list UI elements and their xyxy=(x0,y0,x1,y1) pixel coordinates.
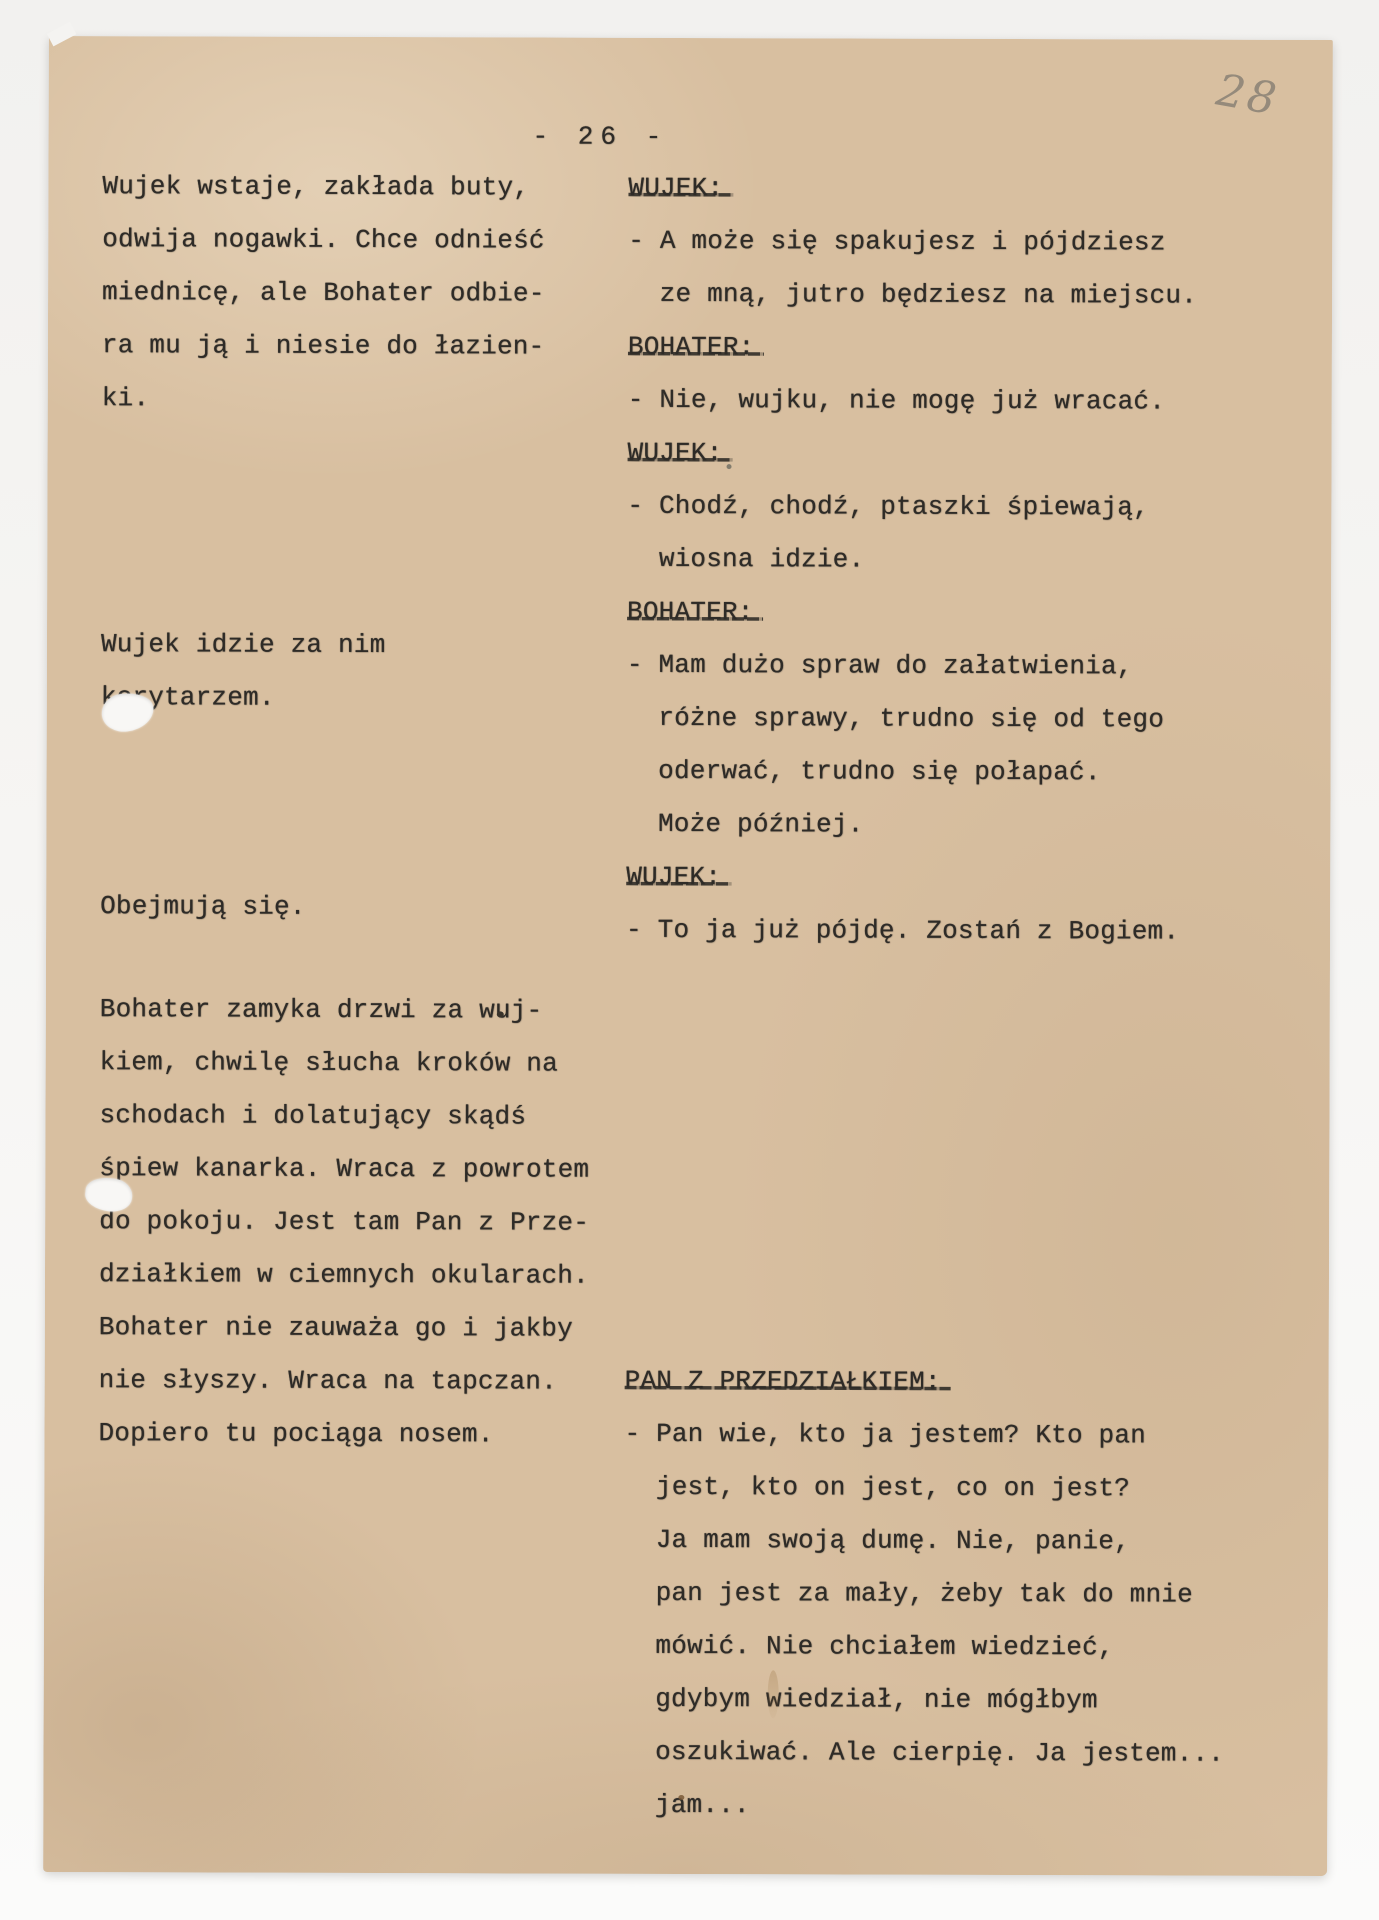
speaker-name-underlined: PAN Z PRZEDZIAŁKIEM: xyxy=(625,1366,951,1397)
dialogue-line: - To ja już pójdę. Zostań z Bogiem. xyxy=(626,904,1195,959)
dialogue-line: gdybym wiedział, nie mógłbym xyxy=(624,1673,1225,1728)
stage-direction-line: nie słyszy. Wraca na tapczan. xyxy=(99,1354,589,1409)
stage-direction-line: miednicę, ale Bohater odbie- xyxy=(102,266,545,320)
stage-direction-block: Obejmują się. xyxy=(100,880,306,934)
scanned-document-background: { "page": { "page_number": "- 26 -", "pe… xyxy=(0,0,1379,1920)
speaker-name-underlined: WUJEK: xyxy=(628,438,733,468)
stage-direction-line: Dopiero tu pociąga nosem. xyxy=(98,1407,588,1462)
dialogue-line: jam... xyxy=(623,1779,1224,1834)
ink-speck xyxy=(497,1011,504,1017)
dialogue-line: Ja mam swoją dumę. Nie, panie, xyxy=(624,1514,1225,1569)
speaker-name-underlined: BOHATER: xyxy=(627,597,764,627)
speaker-heading: BOHATER: xyxy=(628,321,1197,376)
dialogue-line: mówić. Nie chciałem wiedzieć, xyxy=(624,1620,1225,1675)
stage-direction-block: Wujek wstaje, zakłada buty,odwija nogawk… xyxy=(102,160,545,426)
stage-direction-line: śpiew kanarka. Wraca z powrotem xyxy=(99,1142,589,1197)
stage-direction-line: odwija nogawki. Chce odnieść xyxy=(102,213,545,267)
page-number: - 26 - xyxy=(532,111,668,164)
stage-direction-line: Wujek idzie za nim xyxy=(101,618,386,672)
stage-direction-line: schodach i dolatujący skądś xyxy=(99,1089,589,1144)
dialogue-line: oderwać, trudno się połapać. xyxy=(626,745,1195,800)
dialogue-line: - Chodź, chodź, ptaszki śpiewają, xyxy=(627,480,1196,535)
dialogue-line: - Nie, wujku, nie mogę już wracać. xyxy=(628,374,1197,429)
dialogue-line: wiosna idzie. xyxy=(627,533,1196,588)
speaker-heading: BOHATER: xyxy=(627,586,1196,641)
stage-direction-line: Bohater zamyka drzwi za wuj- xyxy=(100,983,590,1038)
dialogue-line: - A może się spakujesz i pójdziesz xyxy=(628,215,1197,270)
stage-direction-line: kiem, chwilę słucha kroków na xyxy=(100,1036,590,1091)
speaker-name-underlined: WUJEK: xyxy=(626,862,731,892)
paper-speck xyxy=(727,464,732,469)
speaker-heading: PAN Z PRZEDZIAŁKIEM: xyxy=(625,1355,1226,1410)
stage-direction-line: ra mu ją i niesie do łazien- xyxy=(102,319,545,373)
stage-direction-line: Obejmują się. xyxy=(100,880,306,934)
dialogue-line: oszukiwać. Ale cierpię. Ja jestem... xyxy=(623,1726,1224,1781)
dialogue-block-part1: WUJEK:- A może się spakujesz i pójdziesz… xyxy=(626,162,1197,959)
dialogue-line: - Pan wie, kto ja jestem? Kto pan xyxy=(624,1408,1225,1463)
dialogue-line: ze mną, jutro będziesz na miejscu. xyxy=(628,268,1197,323)
speaker-name-underlined: BOHATER: xyxy=(628,332,765,362)
typewritten-text-area: Wujek wstaje, zakłada buty,odwija nogawk… xyxy=(49,36,1333,40)
dialogue-line: jest, kto on jest, co on jest? xyxy=(624,1461,1225,1516)
script-page: - 26 - 28 Wujek wstaje, zakłada buty,odw… xyxy=(43,36,1333,1876)
stage-direction-line: Bohater nie zauważa go i jakby xyxy=(99,1301,589,1356)
dialogue-line: Może później. xyxy=(626,798,1195,853)
speaker-heading: WUJEK: xyxy=(626,851,1195,906)
speaker-name-underlined: WUJEK: xyxy=(628,173,733,203)
dialogue-line: różne sprawy, trudno się od tego xyxy=(627,692,1196,747)
paper-speck xyxy=(678,1795,684,1800)
dialogue-line: pan jest za mały, żeby tak do mnie xyxy=(624,1567,1225,1622)
speaker-heading: WUJEK: xyxy=(628,162,1197,217)
stage-direction-line: Wujek wstaje, zakłada buty, xyxy=(102,160,545,214)
dialogue-block-part2: PAN Z PRZEDZIAŁKIEM:- Pan wie, kto ja je… xyxy=(623,1355,1225,1834)
pencil-annotation: 28 xyxy=(1213,65,1283,126)
stage-direction-line: do pokoju. Jest tam Pan z Prze- xyxy=(99,1195,589,1250)
stage-direction-block: Bohater zamyka drzwi za wuj-kiem, chwilę… xyxy=(98,983,589,1462)
stage-direction-line: działkiem w ciemnych okularach. xyxy=(99,1248,589,1303)
stage-direction-line: ki. xyxy=(102,372,545,426)
paper-corner-nick xyxy=(47,22,77,47)
dialogue-line: - Mam dużo spraw do załatwienia, xyxy=(627,639,1196,694)
speaker-heading: WUJEK: xyxy=(627,427,1196,482)
